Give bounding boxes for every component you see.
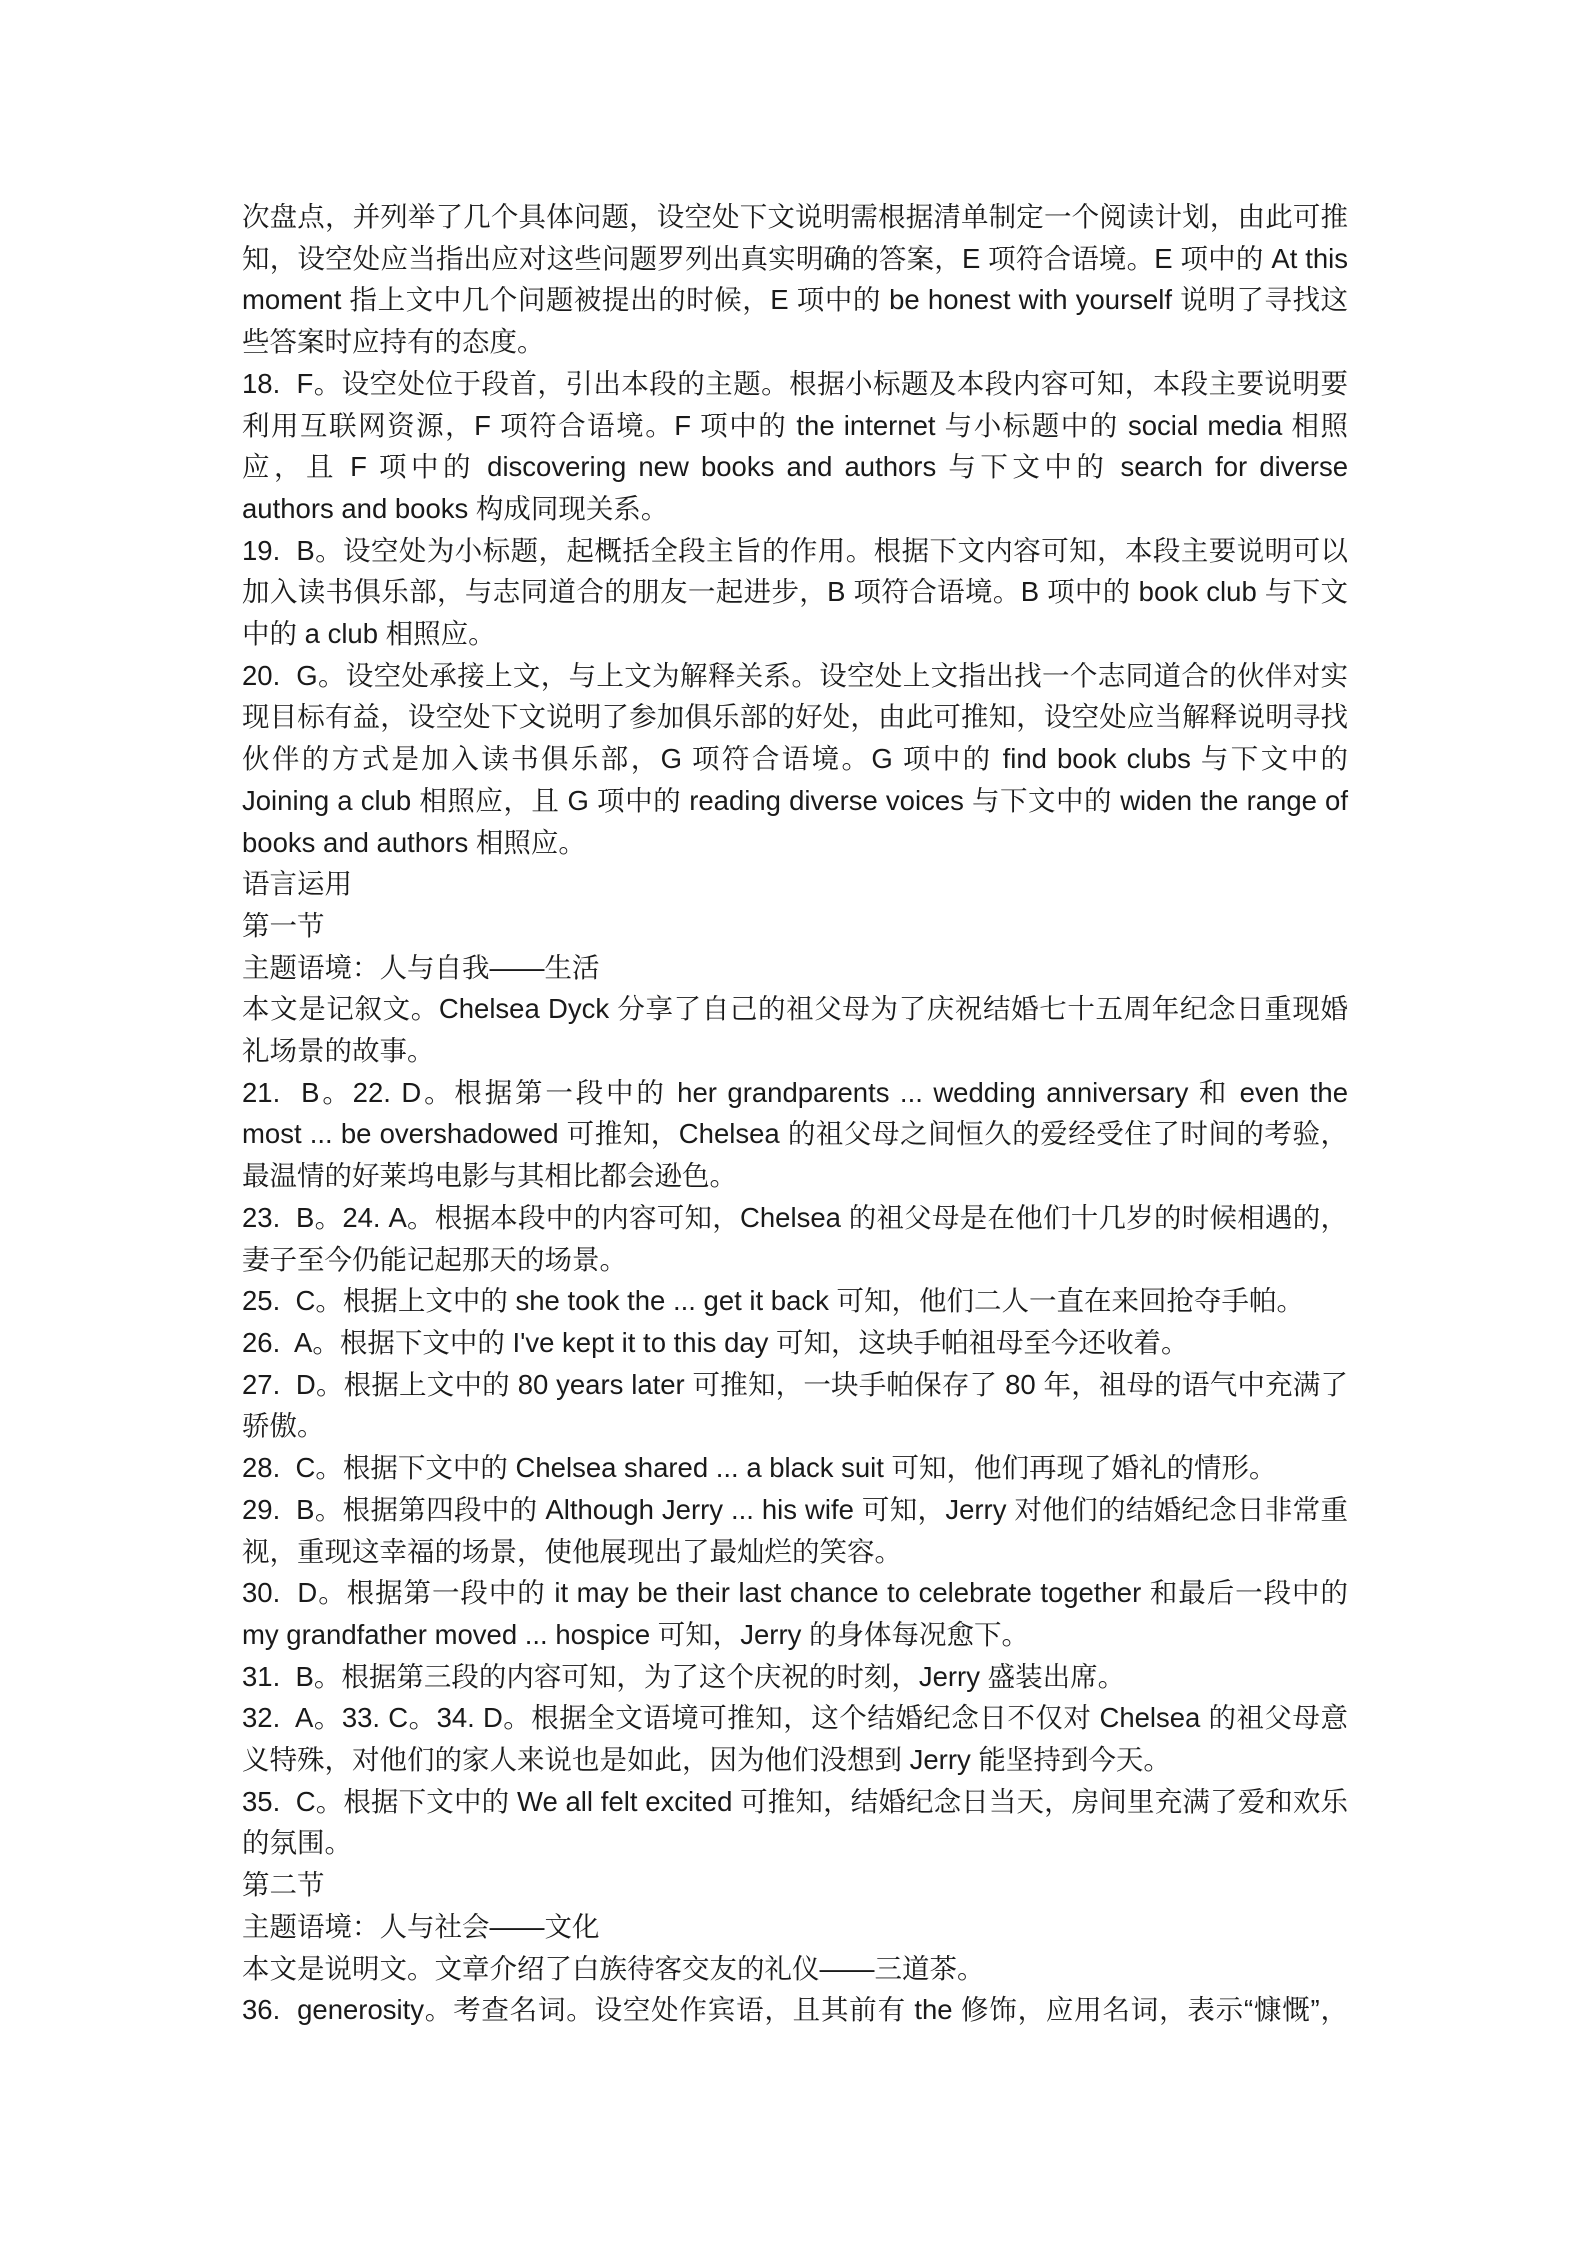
theme-context-part-2: 主题语境：人与社会——文化 xyxy=(242,1906,1348,1948)
section-heading-part-2: 第二节 xyxy=(242,1864,1348,1906)
answer-item-30: 30. D。根据第一段中的 it may be their last chanc… xyxy=(242,1572,1348,1655)
answer-item-25: 25. C。根据上文中的 she took the ... get it bac… xyxy=(242,1280,1348,1322)
answer-item-31: 31. B。根据第三段的内容可知，为了这个庆祝的时刻，Jerry 盛装出席。 xyxy=(242,1656,1348,1698)
section-heading-part-1: 第一节 xyxy=(242,905,1348,947)
document-body: 次盘点，并列举了几个具体问题，设空处下文说明需根据清单制定一个阅读计划，由此可推… xyxy=(242,196,1348,2031)
section-heading-language-use: 语言运用 xyxy=(242,863,1348,905)
answer-item-26: 26. A。根据下文中的 I've kept it to this day 可知… xyxy=(242,1322,1348,1364)
answer-item-36-truncated: 36. generosity。考查名词。设空处作宾语，且其前有 the 修饰，应… xyxy=(242,1989,1348,2031)
passage-summary-part-1: 本文是记叙文。Chelsea Dyck 分享了自己的祖父母为了庆祝结婚七十五周年… xyxy=(242,988,1348,1071)
answer-item-18: 18. F。设空处位于段首，引出本段的主题。根据小标题及本段内容可知，本段主要说… xyxy=(242,363,1348,530)
answer-item-21-22: 21. B。22. D。根据第一段中的 her grandparents ...… xyxy=(242,1072,1348,1197)
answer-item-27: 27. D。根据上文中的 80 years later 可推知，一块手帕保存了 … xyxy=(242,1364,1348,1447)
answer-item-19: 19. B。设空处为小标题，起概括全段主旨的作用。根据下文内容可知，本段主要说明… xyxy=(242,530,1348,655)
answer-item-20: 20. G。设空处承接上文，与上文为解释关系。设空处上文指出找一个志同道合的伙伴… xyxy=(242,655,1348,864)
document-page: 次盘点，并列举了几个具体问题，设空处下文说明需根据清单制定一个阅读计划，由此可推… xyxy=(0,0,1587,2245)
answer-item-23-24: 23. B。24. A。根据本段中的内容可知，Chelsea 的祖父母是在他们十… xyxy=(242,1197,1348,1280)
theme-context-part-1: 主题语境：人与自我——生活 xyxy=(242,947,1348,989)
para-continuation-item-17: 次盘点，并列举了几个具体问题，设空处下文说明需根据清单制定一个阅读计划，由此可推… xyxy=(242,196,1348,363)
passage-summary-part-2: 本文是说明文。文章介绍了白族待客交友的礼仪——三道茶。 xyxy=(242,1948,1348,1990)
answer-item-28: 28. C。根据下文中的 Chelsea shared ... a black … xyxy=(242,1447,1348,1489)
answer-item-35: 35. C。根据下文中的 We all felt excited 可推知，结婚纪… xyxy=(242,1781,1348,1864)
answer-item-29: 29. B。根据第四段中的 Although Jerry ... his wif… xyxy=(242,1489,1348,1572)
answer-item-32-34: 32. A。33. C。34. D。根据全文语境可推知，这个结婚纪念日不仅对 C… xyxy=(242,1697,1348,1780)
